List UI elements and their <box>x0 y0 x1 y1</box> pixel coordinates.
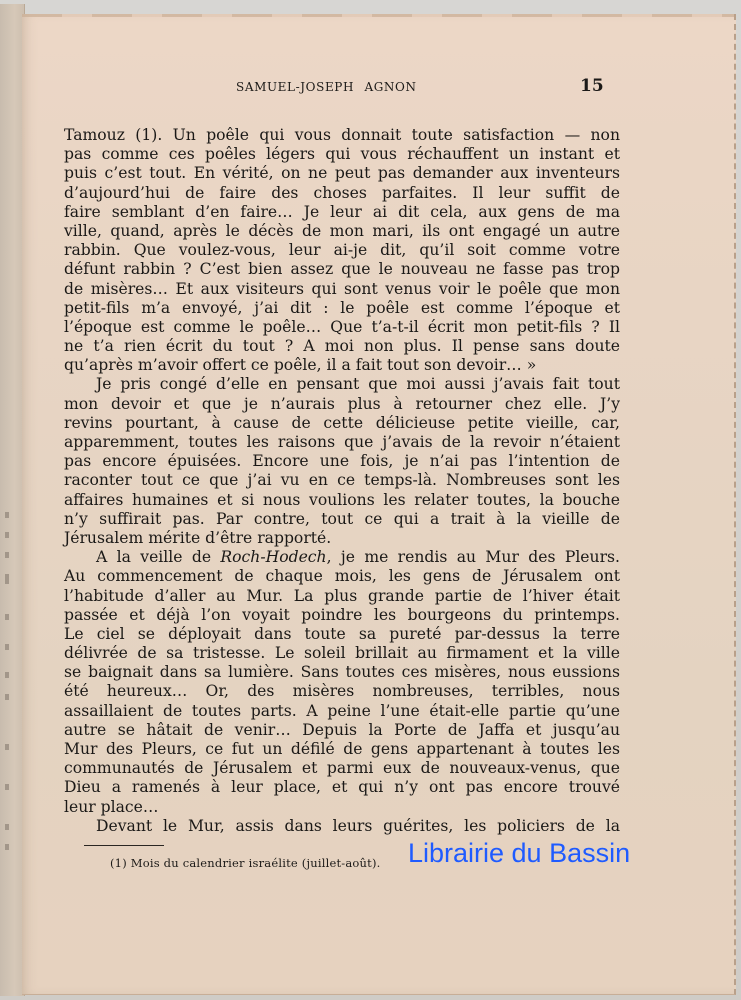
text-line: Tamouz (1). Un poêle qui vous donnait to… <box>64 126 620 145</box>
text-line: puis c’est tout. En vérité, on ne peut p… <box>64 164 620 183</box>
text-line: Au commencement de chaque mois, les gens… <box>64 567 620 586</box>
text-line: mon devoir et que je n’aurais plus à ret… <box>64 395 620 414</box>
text-line: Jérusalem mérite d’être rapporté. <box>64 529 620 548</box>
text-line: ville, quand, après le décès de mon mari… <box>64 222 620 241</box>
text-line: leur place… <box>64 798 620 817</box>
text-line: faire semblant d’en faire… Je leur ai di… <box>64 203 620 222</box>
text-line: communautés de Jérusalem et parmi eux de… <box>64 759 620 778</box>
footnote-rule <box>84 845 164 846</box>
text-line: pas encore épuisées. Encore une fois, je… <box>64 452 620 471</box>
paragraph-start-line: Je pris congé d’elle en pensant que moi … <box>64 375 620 394</box>
paragraph-start-line: Devant le Mur, assis dans leurs guérites… <box>64 817 620 836</box>
text-line: l’époque est comme le poêle… Que t’a-t-i… <box>64 318 620 337</box>
text-line: revins pourtant, à cause de cette délici… <box>64 414 620 433</box>
text-line: délivrée de sa tristesse. Le soleil bril… <box>64 644 620 663</box>
paragraph-start-line: A la veille de Roch-Hodech, je me rendis… <box>64 548 620 567</box>
text-line: n’y suffirait pas. Par contre, tout ce q… <box>64 510 620 529</box>
text-line: Dieu a ramenés à leur place, et qui n’y … <box>64 778 620 797</box>
text-line: Le ciel se déployait dans toute sa puret… <box>64 625 620 644</box>
text-line: été heureux… Or, des misères nombreuses,… <box>64 682 620 701</box>
text-line: ne t’a rien écrit du tout ? A moi non pl… <box>64 337 620 356</box>
page-number: 15 <box>580 76 604 96</box>
text-line: raconter tout ce que j’ai vu en ce temps… <box>64 471 620 490</box>
text-fragment: , je me rendis au Mur des Pleurs. <box>327 548 620 566</box>
running-header-title: SAMUEL-JOSEPH AGNON <box>236 80 417 94</box>
text-line: assaillaient de toutes parts. A peine l’… <box>64 702 620 721</box>
body-text: Tamouz (1). Un poêle qui vous donnait to… <box>64 126 620 836</box>
text-line: pas comme ces poêles légers qui vous réc… <box>64 145 620 164</box>
text-line: se baignait dans sa lumière. Sans toutes… <box>64 663 620 682</box>
facing-page-text-marks <box>2 4 16 996</box>
text-line: Mur des Pleurs, ce fut un défilé de gens… <box>64 740 620 759</box>
text-line: défunt rabbin ? C’est bien assez que le … <box>64 260 620 279</box>
text-fragment: A la veille de <box>96 548 220 566</box>
text-line: petit-fils m’a envoyé, j’ai dit : le poê… <box>64 299 620 318</box>
watermark-text: Librairie du Bassin <box>408 838 630 869</box>
italic-term: Roch-Hodech <box>220 548 326 566</box>
text-line: autre se hâtait de venir… Depuis la Port… <box>64 721 620 740</box>
text-line: passée et déjà l’on voyait poindre les b… <box>64 606 620 625</box>
text-line: apparemment, toutes les raisons que j’av… <box>64 433 620 452</box>
text-line: affaires humaines et si nous voulions le… <box>64 491 620 510</box>
text-line: l’habitude d’aller au Mur. La plus grand… <box>64 587 620 606</box>
text-line: de misères… Et aux visiteurs qui sont ve… <box>64 280 620 299</box>
text-line: rabbin. Que voulez-vous, leur ai-je dit,… <box>64 241 620 260</box>
text-line: qu’après m’avoir offert ce poêle, il a f… <box>64 356 620 375</box>
footnote: (1) Mois du calendrier israélite (juille… <box>110 856 381 870</box>
text-line: d’aujourd’hui de faire des choses parfai… <box>64 184 620 203</box>
